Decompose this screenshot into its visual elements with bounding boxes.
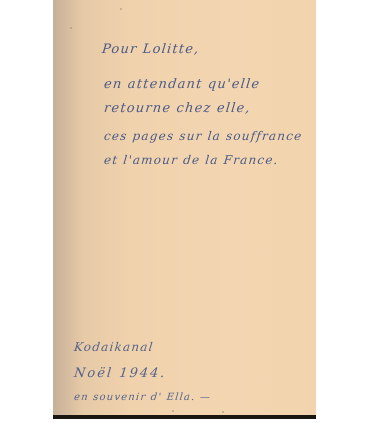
dedication-line-1: Pour Lolitte, <box>101 42 200 57</box>
dedication-line-4: ces pages sur la souffrance <box>103 129 303 143</box>
paper-speck <box>172 410 174 412</box>
dedication-line-3: retourne chez elle, <box>103 101 251 116</box>
souvenir-note: en souvenir d' Ella. — <box>73 392 211 403</box>
dedication-line-2: en attendant qu'elle <box>103 77 261 92</box>
dedication-line-5: et l'amour de la France. <box>103 153 279 167</box>
place-name: Kodaikanal <box>73 340 154 354</box>
paper-speck <box>120 8 122 10</box>
paper-speck <box>222 411 224 413</box>
page-bottom-edge <box>53 415 316 419</box>
book-page <box>53 0 316 417</box>
paper-speck <box>70 27 72 29</box>
date-line: Noël 1944. <box>73 366 167 381</box>
